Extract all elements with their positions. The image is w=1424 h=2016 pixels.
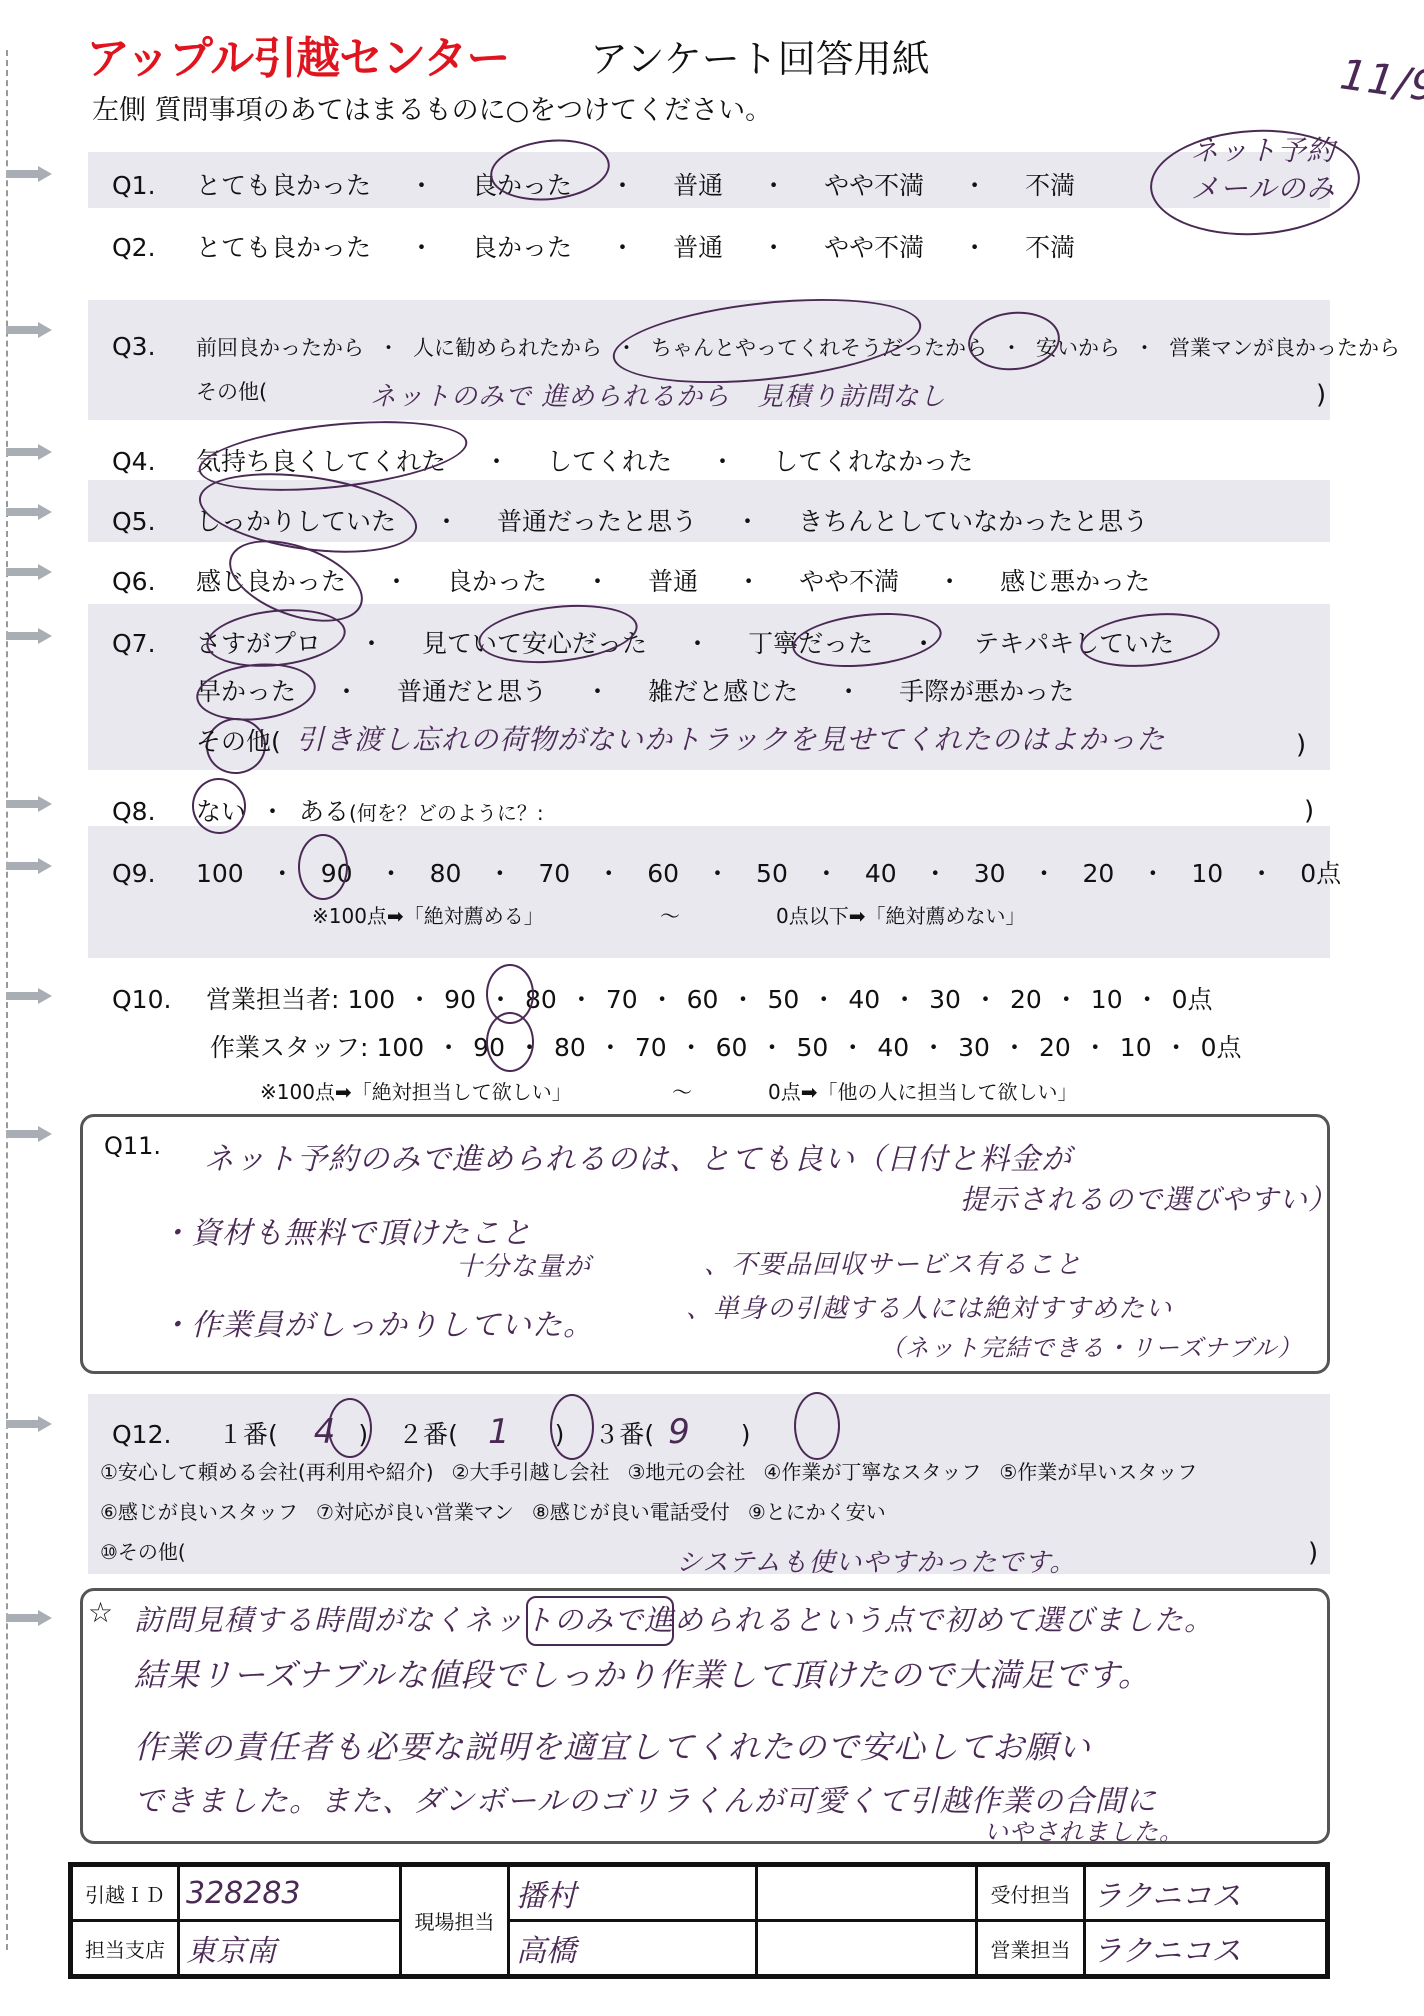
q8-option-some[interactable]: ある [299,792,349,828]
q12-rank2-circle [550,1394,594,1460]
q12-choice-5: ⑤作業が早いスタッフ [999,1456,1197,1485]
q10-staff-80[interactable]: 80 [554,1033,586,1062]
q7-label: Q7. [112,629,196,658]
reception-value[interactable]: ラクニコス [1085,1865,1328,1921]
q9-selection-circle [298,834,348,900]
q10-staff-selection-circle [486,1012,534,1072]
handwritten-date: 11/9 [1337,49,1424,111]
q10-staff-70[interactable]: 70 [635,1033,667,1062]
arrow-q9-icon [6,858,54,874]
arrow-q7-icon [6,628,54,644]
q4-option-2[interactable]: してくれた [547,442,672,478]
q7-option-7[interactable]: 雑だと感じた [648,672,798,708]
q7-other-text[interactable]: 引き渡し忘れの荷物がないかトラックを見せてくれたのはよかった [296,718,1165,758]
branch-label: 担当支店 [71,1921,179,1977]
q3-other-text[interactable]: ネットのみで 進められるから 見積り訪問なし [370,376,946,413]
q10-note-mid: 〜 [672,1076,692,1105]
q12-rank1-label: １番( [218,1415,278,1451]
q9-score-80[interactable]: 80 [430,859,462,888]
q2-option-1[interactable]: とても良かった [196,228,371,264]
brand-logo-text: アップル引越センター [86,22,509,86]
q10-sales-30[interactable]: 30 [929,985,961,1014]
q10-sales-40[interactable]: 40 [848,985,880,1014]
staff-info-table: 引越ＩＤ 328283 現場担当 播村 受付担当 ラクニコス 担当支店 東京南 … [68,1862,1330,1979]
q2-option-3[interactable]: 普通 [673,228,723,264]
q9-score-100[interactable]: 100 [196,859,244,888]
q10-staff-40[interactable]: 40 [877,1033,909,1062]
move-id-value[interactable]: 328283 [179,1865,401,1921]
star-icon: ☆ [88,1596,113,1629]
q9-label: Q9. [112,859,196,888]
q12-choice-6: ⑥感じが良いスタッフ [100,1496,298,1525]
q8-detail-label: (何を？どのように？: [349,797,544,826]
question-q8: Q8. ない・ ある (何を？どのように？: [112,792,544,828]
q10-staff-label: 作業スタッフ: [210,1028,368,1064]
q12-rank2-value[interactable]: 1 [488,1412,511,1452]
arrow-q8-icon [6,796,54,812]
arrow-q5-icon [6,504,54,520]
q6-option-3[interactable]: 普通 [648,562,698,598]
q12-rank2-label: ２番( [398,1415,458,1451]
q1-option-5[interactable]: 不満 [1025,166,1075,202]
q6-option-4[interactable]: やや不満 [799,562,899,598]
arrow-comment-icon [6,1610,54,1626]
q10-staff-10[interactable]: 10 [1120,1033,1152,1062]
q11-line-8: （ネット完結できる・リーズナブル） [880,1328,1302,1363]
q10-staff-0[interactable]: 0点 [1201,1028,1242,1064]
sales-rep-value[interactable]: ラクニコス [1085,1921,1328,1977]
q9-score-0[interactable]: 0点 [1300,854,1341,890]
q1-option-4[interactable]: やや不満 [824,166,924,202]
q12-choices-row2: ⑥感じが良いスタッフ ⑦対応が良い営業マン ⑧感じが良い電話受付 ⑨とにかく安い [100,1496,886,1525]
comment-line-1: 訪問見積する時間がなくネットのみで進められるという点で初めて選びました。 [134,1598,1214,1639]
q10-note-right: 0点➡「他の人に担当して欲しい」 [768,1076,1077,1105]
q5-option-3[interactable]: きちんとしていなかったと思う [798,502,1148,538]
q7-option-8[interactable]: 手際が悪かった [899,672,1074,708]
q12-choice-2: ②大手引越し会社 [452,1456,610,1485]
site-staff-extra-2[interactable] [757,1921,977,1977]
q10-sales-70[interactable]: 70 [606,985,638,1014]
q12-rank3-label: ３番( [594,1415,654,1451]
arrow-q3-icon [6,322,54,338]
site-staff-label: 現場担当 [401,1865,509,1977]
q12-other-close: ) [1308,1538,1318,1568]
branch-value[interactable]: 東京南 [179,1921,401,1977]
comment-line-5: いやされました。 [984,1812,1184,1847]
q10-sales-100[interactable]: 100 [347,985,395,1014]
q9-score-70[interactable]: 70 [538,859,570,888]
reception-label: 受付担当 [977,1865,1085,1921]
comment-line-2: 結果リーズナブルな値段でしっかり作業して頂けたので大満足です。 [134,1650,1151,1696]
q9-note-mid: 〜 [660,900,680,929]
q3-option-2[interactable]: 人に勧められたから [413,332,602,362]
q12-choice-9: ⑨とにかく安い [748,1496,886,1525]
q8-label: Q8. [112,797,196,826]
q10-note-left: ※100点➡「絶対担当して欲しい」 [260,1076,572,1105]
q12-choice-7: ⑦対応が良い営業マン [316,1496,514,1525]
q3-option-5[interactable]: 営業マンが良かったから [1169,332,1400,362]
q5-option-2[interactable]: 普通だったと思う [497,502,697,538]
form-title: アンケート回答用紙 [590,28,930,83]
q4-option-3[interactable]: してくれなかった [773,442,973,478]
q2-option-2[interactable]: 良かった [472,228,572,264]
q7-option-6[interactable]: 普通だと思う [397,672,547,708]
q9-score-30[interactable]: 30 [974,859,1006,888]
q2-option-4[interactable]: やや不満 [824,228,924,264]
q11-line-5: 、不要品回収サービス有ること [704,1244,1082,1281]
question-q9: Q9. 100・ 90・ 80・ 70・ 60・ 50・ 40・ 30・ 20・… [112,854,1341,890]
q12-rank1-circle [328,1398,372,1458]
q8-detail-close: ) [1304,796,1314,826]
q12-choice-4: ④作業が丁寧なスタッフ [763,1456,981,1485]
q9-score-40[interactable]: 40 [865,859,897,888]
q10-sales-90[interactable]: 90 [444,985,476,1014]
q3-other-label: その他( [196,376,267,406]
q10-staff-50[interactable]: 50 [796,1033,828,1062]
arrow-q6-icon [6,564,54,580]
q11-line-1: ネット予約のみで進められるのは、とても良い（日付と料金が [204,1134,1072,1178]
question-q10-sales: Q10. 営業担当者: 100・ 90・ 80・ 70・ 60・ 50・ 40・… [112,980,1213,1016]
question-q10-staff: 作業スタッフ: 100・ 90・ 80・ 70・ 60・ 50・ 40・ 30・… [210,1028,1242,1064]
q11-label: Q11. [104,1132,161,1160]
arrow-q10-icon [6,988,54,1004]
q6-option-2[interactable]: 良かった [447,562,547,598]
q7-other-label: その他( [196,722,281,758]
arrow-q11-icon [6,1126,54,1142]
q10-sales-60[interactable]: 60 [687,985,719,1014]
q12-label: Q12. [112,1420,218,1449]
q10-staff-30[interactable]: 30 [958,1033,990,1062]
q12-choices-row1: ①安心して頼める会社(再利用や紹介) ②大手引越し会社 ③地元の会社 ④作業が丁… [100,1456,1197,1485]
q12-choice-1: ①安心して頼める会社(再利用や紹介) [100,1456,434,1485]
q9-note-right: 0点以下➡「絶対薦めない」 [776,900,1025,929]
q11-line-7: 、単身の引越する人には絶対すすめたい [686,1288,1172,1325]
form-instruction: 左側 質問事項のあてはまるものに○をつけてください。 [92,88,772,127]
q3-option-1[interactable]: 前回良かったから [196,332,364,362]
q10-sales-label: 営業担当者: [206,980,339,1016]
site-staff-extra-1[interactable] [757,1865,977,1921]
site-staff-1[interactable]: 播村 [509,1865,757,1921]
arrow-q1-icon [6,166,54,182]
arrow-q4-icon [6,444,54,460]
q12-rank3-close: ) [741,1420,751,1449]
q12-annotation: システムも使いやすかったです。 [676,1542,1076,1579]
q12-choice-3: ③地元の会社 [627,1456,745,1485]
q10-sales-20[interactable]: 20 [1010,985,1042,1014]
question-q12-ranks: Q12. １番( 4 ) ２番( 1 ) ３番( 9 ) [112,1412,751,1452]
q9-score-10[interactable]: 10 [1191,859,1223,888]
q2-label: Q2. [112,233,196,262]
q10-label: Q10. [112,985,206,1014]
q11-line-2: 提示されるので選びやすい） [960,1178,1337,1218]
q3-other-close: ) [1316,380,1326,410]
q12-rank3-value[interactable]: 9 [668,1412,691,1452]
q1-label: Q1. [112,171,196,200]
site-staff-2[interactable]: 高橋 [509,1921,757,1977]
q2-option-5[interactable]: 不満 [1025,228,1075,264]
q10-sales-0[interactable]: 0点 [1172,980,1213,1016]
q1-handwritten-note: ネット予約 メールのみ [1178,132,1348,208]
move-id-label: 引越ＩＤ [71,1865,179,1921]
q10-sales-10[interactable]: 10 [1091,985,1123,1014]
q4-label: Q4. [112,447,196,476]
q10-staff-60[interactable]: 60 [716,1033,748,1062]
q10-sales-50[interactable]: 50 [767,985,799,1014]
comment-line-3: 作業の責任者も必要な説明を適宜してくれたので安心してお願い [134,1722,1091,1768]
q12-rank3-circle [794,1392,840,1460]
q9-score-20[interactable]: 20 [1083,859,1115,888]
q11-line-6: ・作業員がしっかりしていた。 [160,1300,594,1344]
q9-note-left: ※100点➡「絶対薦める」 [312,900,544,929]
q6-option-5[interactable]: 感じ悪かった [1000,562,1150,598]
q1-option-1[interactable]: とても良かった [196,166,371,202]
q9-score-50[interactable]: 50 [756,859,788,888]
sales-rep-label: 営業担当 [977,1921,1085,1977]
q12-choice-8: ⑧感じが良い電話受付 [532,1496,730,1525]
q10-staff-20[interactable]: 20 [1039,1033,1071,1062]
q9-band [88,826,1330,958]
q11-line-4: 十分な量が [456,1246,591,1283]
q5-label: Q5. [112,507,196,536]
q3-label: Q3. [112,332,196,361]
q6-label: Q6. [112,567,196,596]
q7-other-close: ) [1296,730,1306,760]
q12-other-label: ⑩その他( [100,1536,186,1565]
question-q7-row2: 早かった・ 普通だと思う・ 雑だと感じた・ 手際が悪かった [196,672,1074,708]
q10-staff-100[interactable]: 100 [376,1033,424,1062]
arrow-q12-icon [6,1416,54,1432]
q9-score-60[interactable]: 60 [647,859,679,888]
q1-option-3[interactable]: 普通 [673,166,723,202]
question-q2: Q2. とても良かった・ 良かった・ 普通・ やや不満・ 不満 [112,228,1075,264]
